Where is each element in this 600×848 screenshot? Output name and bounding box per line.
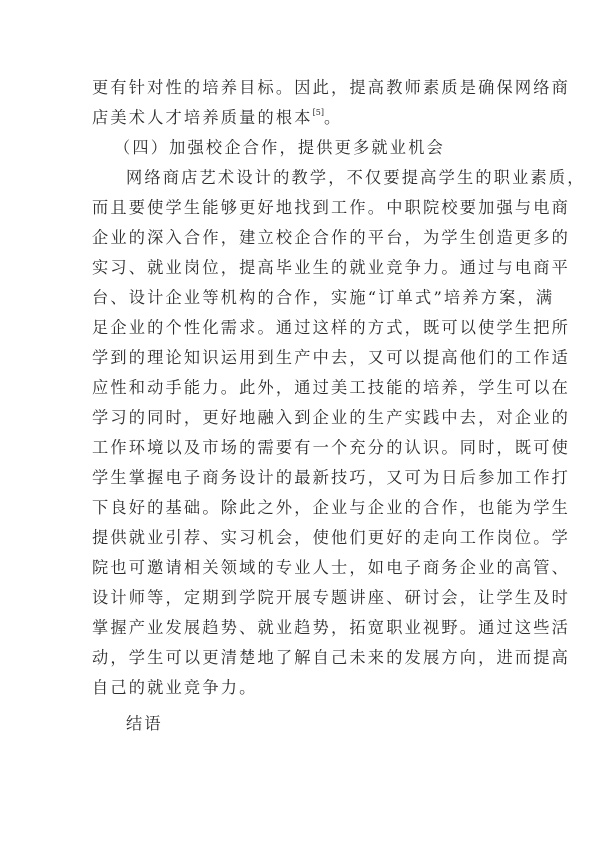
document-page: 更有针对性的培养目标。因此，提高教师素质是确保网络商 店美术人才培养质量的根本[… [0,0,600,848]
text-line: 学生掌握电子商务设计的最新技巧，又可为日后参加工作打 [92,463,510,493]
text-line: 设计师等，定期到学院开展专题讲座、研讨会，让学生及时 [92,583,510,613]
text-line: 应性和动手能力。此外，通过美工技能的培养，学生可以在 [92,373,510,403]
text-line: 实习、就业岗位，提高毕业生的就业竞争力。通过与电商平 [92,253,510,283]
section-heading: （四）加强校企合作，提供更多就业机会 [92,133,510,163]
text-line: 工作环境以及市场的需要有一个充分的认识。同时，既可使 [92,433,510,463]
citation-reference[interactable]: [5] [313,108,324,117]
paragraph-school-enterprise-cooperation: 网络商店艺术设计的教学，不仅要提高学生的职业素质， 而且要使学生能够更好地找到工… [92,163,510,703]
text-line: 院也可邀请相关领域的专业人士，如电子商务企业的高管、 [92,553,510,583]
text-line: 台、设计企业等机构的合作，实施“订单式”培养方案，满 [92,283,510,313]
text-line: 提供就业引荐、实习机会，使他们更好的走向工作岗位。学 [92,523,510,553]
conclusion-heading: 结语 [92,709,510,739]
text-line: 掌握产业发展趋势、就业趋势，拓宽职业视野。通过这些活 [92,613,510,643]
text-line: 企业的深入合作，建立校企合作的平台，为学生创造更多的 [92,223,510,253]
text-line: 网络商店艺术设计的教学，不仅要提高学生的职业素质， [92,163,510,193]
text-line: 更有针对性的培养目标。因此，提高教师素质是确保网络商 [92,73,510,103]
text-line: 学习的同时，更好地融入到企业的生产实践中去，对企业的 [92,403,510,433]
paragraph-teacher-quality: 更有针对性的培养目标。因此，提高教师素质是确保网络商 店美术人才培养质量的根本[… [92,73,510,133]
text-line: 店美术人才培养质量的根本[5]。 [92,103,510,133]
text-line: 而且要使学生能够更好地找到工作。中职院校要加强与电商 [92,193,510,223]
document-body: 更有针对性的培养目标。因此，提高教师素质是确保网络商 店美术人才培养质量的根本[… [92,73,510,739]
text-fragment: 。 [324,108,342,127]
text-line: 自己的就业竞争力。 [92,673,510,703]
text-line: 下良好的基础。除此之外，企业与企业的合作，也能为学生 [92,493,510,523]
text-line: 动，学生可以更清楚地了解自己未来的发展方向，进而提高 [92,643,510,673]
text-fragment: 店美术人才培养质量的根本 [92,108,313,127]
text-line: 学到的理论知识运用到生产中去，又可以提高他们的工作适 [92,343,510,373]
text-line: 足企业的个性化需求。通过这样的方式，既可以使学生把所 [92,313,510,343]
